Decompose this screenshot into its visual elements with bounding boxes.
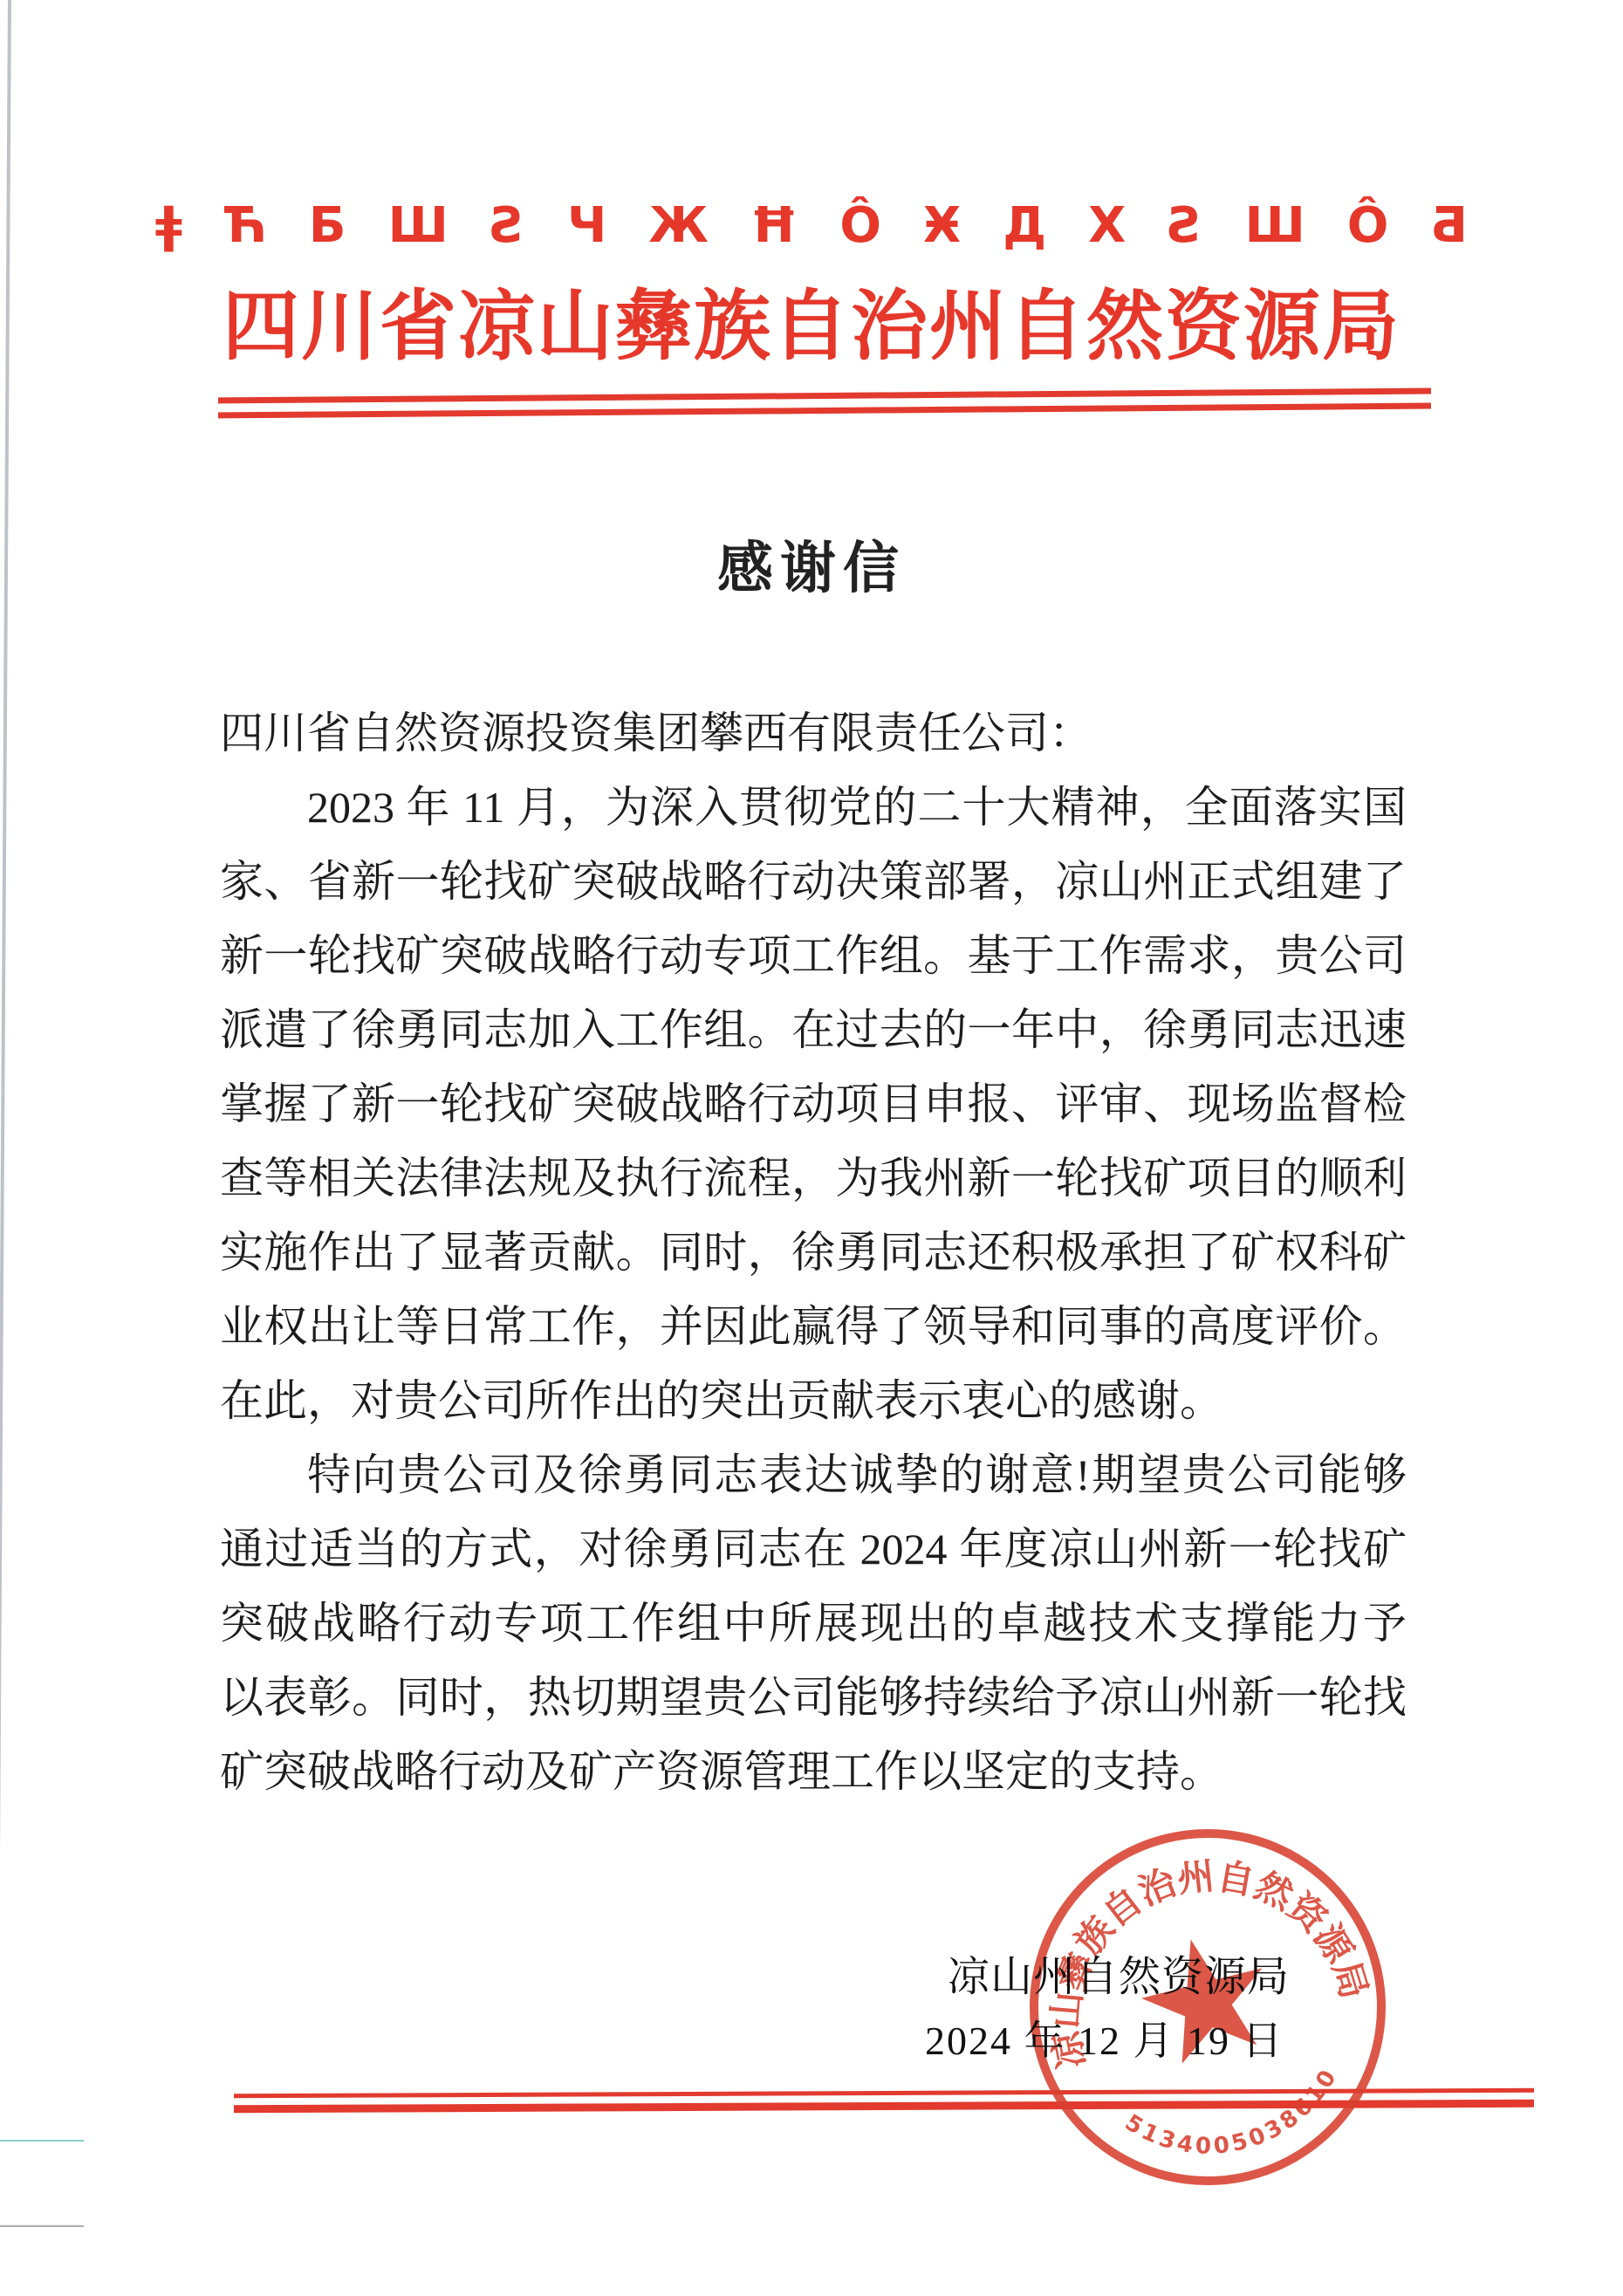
letter-body: 四川省自然资源投资集团攀西有限责任公司： 2023 年 11 月，为深入贯彻党的… [220, 696, 1407, 1809]
salutation-line: 四川省自然资源投资集团攀西有限责任公司： [220, 696, 1407, 771]
body-line: 实施作出了显著贡献。同时，徐勇同志还积极承担了矿权科矿 [220, 1216, 1407, 1290]
body-line: 2023 年 11 月，为深入贯彻党的二十大精神，全面落实国 [220, 771, 1407, 845]
scan-artifact-teal-line [0, 2140, 84, 2142]
body-line: 以表彰。同时，热切期望贵公司能够持续给予凉山州新一轮找 [220, 1661, 1407, 1735]
body-line: 业权出让等日常工作，并因此赢得了领导和同事的高度评价。 [220, 1290, 1407, 1364]
letterhead-org-name: 四川省凉山彝族自治州自然资源局 [0, 265, 1623, 375]
body-line: 派遣了徐勇同志加入工作组。在过去的一年中，徐勇同志迅速 [220, 993, 1407, 1067]
seal-serial-number: 5134005038610 [1116, 2059, 1356, 2183]
body-line: 查等相关法律法规及执行流程，为我州新一轮找矿项目的顺利 [220, 1141, 1407, 1216]
signature-org-name: 凉山州自然资源局 [948, 1943, 1290, 2003]
body-line: 掌握了新一轮找矿突破战略行动项目申报、评审、现场监督检 [220, 1067, 1407, 1141]
body-line: 矿突破战略行动及矿产资源管理工作以坚定的支持。 [220, 1735, 1407, 1809]
letterhead-rule-bottom [218, 403, 1431, 419]
body-line: 在此，对贵公司所作出的突出贡献表示衷心的感谢。 [220, 1364, 1407, 1438]
signature-date: 2024 年 12 月 19 日 [925, 2009, 1284, 2066]
seal-graphic: 凉山彝族自治州自然资源局 5134005038610 [982, 1781, 1435, 2234]
body-line: 家、省新一轮找矿突破战略行动决策部署，凉山州正式组建了 [220, 845, 1407, 919]
body-line: 通过适当的方式，对徐勇同志在 2024 年度凉山州新一轮找矿 [220, 1512, 1407, 1587]
scan-artifact-gray-line [0, 2225, 84, 2227]
official-seal: 凉山彝族自治州自然资源局 5134005038610 [982, 1781, 1435, 2234]
letterhead-rule-top [218, 388, 1431, 404]
scanned-letter-page: { "page": { "background": "#ffffff", "sc… [0, 0, 1623, 2296]
body-line: 突破战略行动专项工作组中所展现出的卓越技术支撑能力予 [220, 1587, 1407, 1661]
letterhead-yi-script-line: ǂЋƂШƧЧЖĦÔӾДХƧШÔƋ [0, 197, 1623, 254]
body-line: 特向贵公司及徐勇同志表达诚挚的谢意!期望贵公司能够 [220, 1438, 1407, 1512]
body-line: 新一轮找矿突破战略行动专项工作组。基于工作需求，贵公司 [220, 919, 1407, 993]
document-title: 感谢信 [0, 524, 1623, 604]
